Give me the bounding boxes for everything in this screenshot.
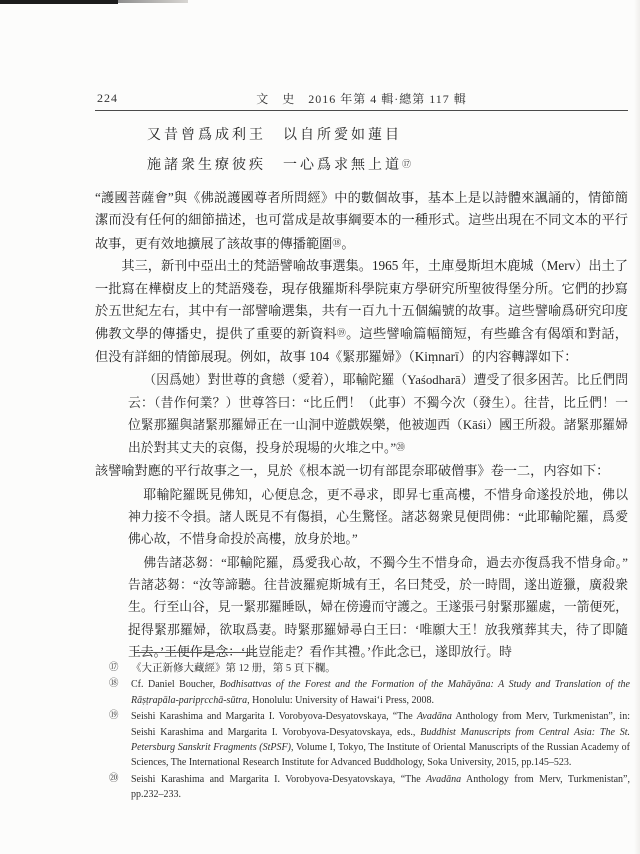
footnote-item-20: ⑳ Seishi Karashima and Margarita I. Voro… [95, 772, 630, 803]
paragraph-3: 該譬喻對應的平行故事之一，見於《根本説一切有部毘奈耶破僧事》卷一二，内容如下： [95, 460, 628, 482]
paragraph-1: “護國菩薩會”與《佛説護國尊者所問經》中的數個故事，基本上是以詩體來諷誦的，情節… [95, 187, 628, 255]
footnote-separator [135, 652, 257, 653]
verse-block: 又昔曾爲成利王 以自所愛如蓮目 施諸衆生療彼疾 一心爲求無上道⑰ [147, 122, 628, 180]
footnote-item-17: ⑰ 《大正新修大藏經》第 12 册，第 5 頁下欄。 [95, 661, 630, 676]
footnote-marker: ⑲ [109, 709, 131, 771]
footnote-item-19: ⑲ Seishi Karashima and Margarita I. Voro… [95, 709, 630, 771]
footnote-list: ⑰ 《大正新修大藏經》第 12 册，第 5 頁下欄。 ⑱ Cf. Daniel … [95, 661, 630, 804]
running-header: 224 文 史 2016 年第 4 輯·總第 117 輯 [95, 90, 628, 108]
block-quote-kimnari: （因爲她）對世尊的貪戀（愛着），耶輸陀羅（Yaśodharā）遭受了很多困苦。比… [128, 369, 628, 459]
footnote-text: Cf. Daniel Boucher, Bodhisattvas of the … [131, 677, 630, 708]
scan-artifact-top-fade [118, 0, 188, 3]
paragraph-2: 其三，新刊中亞出土的梵語譬喻故事選集。1965 年，土庫曼斯坦木鹿城（Merv）… [95, 255, 628, 368]
footnote-text: 《大正新修大藏經》第 12 册，第 5 頁下欄。 [131, 661, 630, 676]
block-quote-vinaya-2: 佛告諸苾芻：“耶輸陀羅，爲愛我心故，不獨今生不惜身命，過去亦復爲我不惜身命。”告… [128, 552, 628, 663]
footnote-marker: ⑰ [109, 661, 131, 676]
header-rule [95, 110, 628, 111]
journal-title: 文 史 2016 年第 4 輯·總第 117 輯 [95, 90, 628, 107]
footnote-text: Seishi Karashima and Margarita I. Voroby… [131, 709, 630, 771]
verse-line-1: 又昔曾爲成利王 以自所愛如蓮目 [147, 122, 628, 150]
footnote-marker: ⑱ [109, 677, 131, 708]
verse-line-2: 施諸衆生療彼疾 一心爲求無上道⑰ [147, 150, 628, 180]
scanned-page: 224 文 史 2016 年第 4 輯·總第 117 輯 又昔曾爲成利王 以自所… [0, 0, 640, 854]
page-number: 224 [97, 91, 118, 106]
block-quote-vinaya-1: 耶輸陀羅既見佛知，心便息念，更不尋求，即昇七重高樓，不惜身命遂投於地，佛以神力接… [128, 484, 628, 551]
footnote-marker: ⑳ [109, 772, 131, 803]
footnote-text: Seishi Karashima and Margarita I. Voroby… [131, 772, 630, 803]
scan-artifact-top-dark [0, 0, 118, 4]
footnote-item-18: ⑱ Cf. Daniel Boucher, Bodhisattvas of th… [95, 677, 630, 708]
body-column: 又昔曾爲成利王 以自所愛如蓮目 施諸衆生療彼疾 一心爲求無上道⑰ “護國菩薩會”… [95, 117, 628, 664]
page-edge-shade [634, 0, 640, 854]
